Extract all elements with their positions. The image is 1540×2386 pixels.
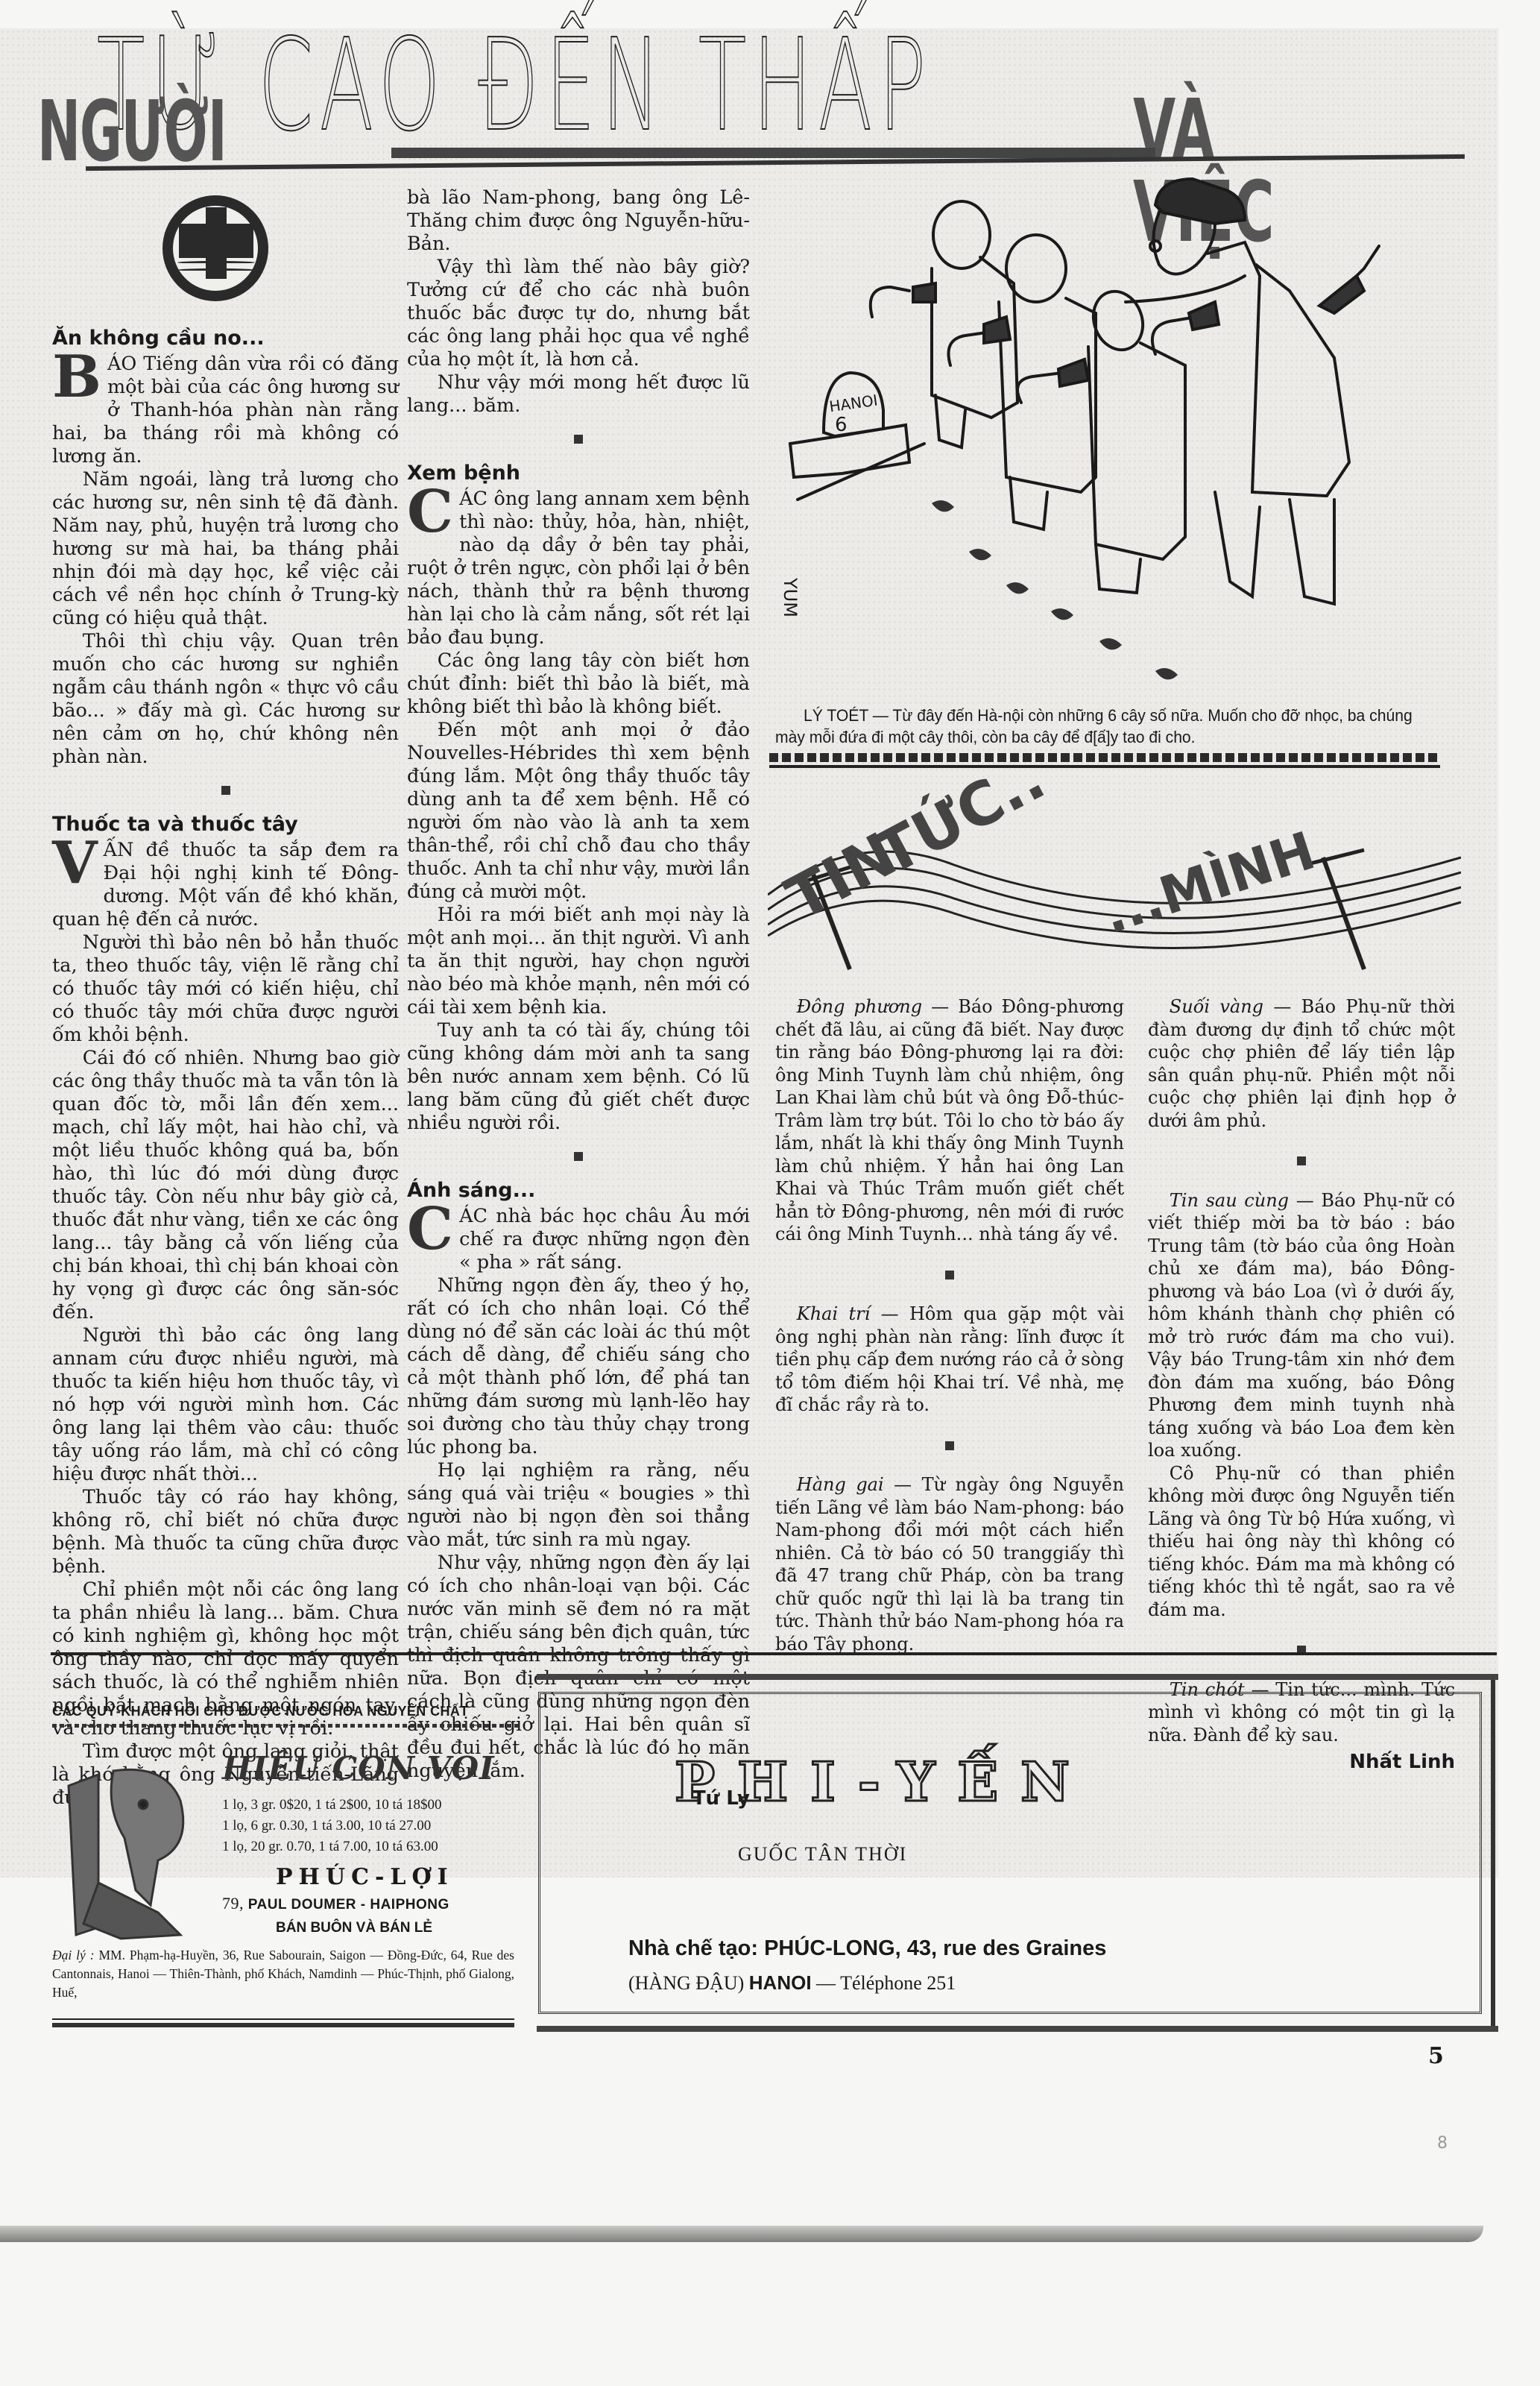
price-row: 1 lọ, 3 gr. 0$20, 1 tá 2$00, 10 tá 18$00 (222, 1795, 441, 1816)
footer-divider (51, 1652, 1497, 1655)
paragraph: Tuy anh ta có tài ấy, chúng tôi cũng khô… (407, 1019, 750, 1135)
page-bottom-edge (0, 2226, 1483, 2242)
section-heading: Ăn không cầu no... (52, 327, 399, 350)
news-item-title: Hàng gai (797, 1474, 884, 1495)
ad-frame: PHI-YẾN GUỐC TÂN THỜI Nhà chế tạo: PHÚC-… (538, 1692, 1482, 2014)
ad-headline: CÁC QUÝ-KHÁCH HỎI CHO ĐƯỢC NƯỚC HOA NGUY… (52, 1704, 518, 1719)
ad-frame-edge (1491, 1680, 1495, 2026)
section-heading: Xem bệnh (407, 462, 750, 485)
paragraph: Đến một anh mọi ở đảo Nouvelles-Hébrides… (407, 719, 750, 904)
news-column-right: Suối vàng — Báo Phụ-nữ thời đàm đương dự… (1148, 995, 1455, 1774)
section-separator (775, 1433, 1124, 1456)
paragraph: Họ lại nghiệm ra rằng, nếu sáng quá vài … (407, 1459, 750, 1552)
news-item-title: Suối vàng (1170, 996, 1263, 1017)
news-item: Tin sau cùng — Báo Phụ-nữ có viết thiếp … (1148, 1189, 1455, 1462)
paragraph: Như vậy mới mong hết được lũ lang... băm… (407, 371, 750, 418)
news-item-title: Tin sau cùng (1170, 1190, 1289, 1211)
section-heading: Ánh sáng... (407, 1179, 750, 1202)
dashed-divider (769, 753, 1440, 762)
ad-address-line: (HÀNG ĐẬU) HANOI — Téléphone 251 (628, 1971, 956, 1995)
paragraph: Vậy thì làm thế nào bây giờ? Tưởng cứ để… (407, 256, 750, 371)
paragraph: bà lão Nam-phong, bang ông Lê-Thăng chim… (407, 186, 750, 256)
masthead: TỪ CAO ĐẾN THẤP NGƯỜI VÀ VIỆC (15, 30, 1498, 171)
paragraph: Thôi thì chịu vậy. Quan trên muốn cho cá… (52, 630, 399, 769)
paragraph: Người thì bảo các ông lang annam cứu đượ… (52, 1324, 399, 1486)
cross-in-circle-icon (162, 195, 268, 301)
price-row: 1 lọ, 20 gr. 0.70, 1 tá 7.00, 10 tá 63.0… (222, 1836, 441, 1857)
paragraph: CÁC nhà bác học châu Âu mới chế ra được … (407, 1205, 750, 1274)
caption-speaker: LÝ TOÉT (804, 706, 868, 725)
section-separator (52, 778, 399, 801)
svg-text:6: 6 (835, 414, 848, 436)
milestone-icon: HANOI 6 (790, 373, 909, 477)
news-item: Hàng gai — Từ ngày ông Nguyễn tiến Lãng … (775, 1473, 1124, 1655)
solid-divider (769, 765, 1440, 768)
tin-tuc-header: TIN TỨC.. ...MÌNH (768, 775, 1461, 992)
masthead-title-left: NGƯỜI (37, 91, 226, 173)
section-heading: Thuốc ta và thuốc tây (52, 813, 399, 836)
section-separator (407, 1144, 750, 1167)
paragraph: Những ngọn đèn ấy, theo ý họ, rất có ích… (407, 1274, 750, 1459)
paragraph: Thuốc tây có ráo hay không, không rõ, ch… (52, 1486, 399, 1578)
svg-text:HANOI: HANOI (828, 391, 879, 416)
cartoon-caption: LÝ TOÉT — Từ đây đến Hà-nội còn những 6 … (775, 705, 1427, 748)
middle-column: bà lão Nam-phong, bang ông Lê-Thăng chim… (407, 186, 750, 1810)
shoe-advertisement: PHI-YẾN GUỐC TÂN THỜI Nhà chế tạo: PHÚC-… (537, 1674, 1498, 2032)
dropcap: V (52, 840, 98, 887)
artist-signature: YUM (780, 577, 801, 617)
paragraph: Người thì bảo nên bỏ hẳn thuốc ta, theo … (52, 931, 399, 1047)
paragraph: Các ông lang tây còn biết hơn chút đỉnh:… (407, 649, 750, 719)
ad-company: PHÚC-LỢI (276, 1864, 454, 1890)
ad-bottom-rule (52, 2018, 514, 2027)
perfume-advertisement: CÁC QUÝ-KHÁCH HỎI CHO ĐƯỢC NƯỚC HOA NGUY… (52, 1704, 518, 2032)
news-item-title: Đông phương (797, 996, 922, 1017)
dropcap: C (407, 1206, 453, 1253)
ad-subtitle: GUỐC TÂN THỜI (738, 1843, 907, 1866)
paragraph: CÁC ông lang annam xem bệnh thì nào: thủ… (407, 488, 750, 649)
elephant-icon (54, 1763, 195, 1942)
news-item-title: Khai trí (797, 1303, 871, 1324)
price-row: 1 lọ, 6 gr. 0.30, 1 tá 3.00, 10 tá 27.00 (222, 1816, 441, 1836)
news-column-left: Đông phương — Báo Đông-phương chết đã lâ… (775, 995, 1124, 1655)
ad-brand: HIÊU CON VOI (222, 1750, 495, 1787)
price-list: 1 lọ, 3 gr. 0$20, 1 tá 2$00, 10 tá 18$00… (222, 1795, 441, 1857)
ad-maker-line: Nhà chế tạo: PHÚC-LONG, 43, rue des Grai… (628, 1936, 1106, 1961)
ad-agents: Đại lý : MM. Phạm-hạ-Huyền, 36, Rue Sabo… (52, 1946, 514, 2002)
left-column: Ăn không cầu no... BÁO Tiếng dân vừa rồi… (52, 321, 399, 1810)
ad-brand: PHI-YẾN (675, 1750, 1092, 1813)
ad-dashed-rule (52, 1724, 518, 1728)
paragraph: Cái đó cố nhiên. Nhưng bao giờ các ông t… (52, 1047, 399, 1324)
ad-address: 79, PAUL DOUMER - HAIPHONG (222, 1894, 449, 1913)
section-separator (1148, 1637, 1455, 1661)
masthead-underline (391, 148, 1155, 158)
news-item: Khai trí — Hôm qua gặp một vài ông nghị … (775, 1303, 1124, 1417)
section-separator (775, 1262, 1124, 1285)
news-item: Đông phương — Báo Đông-phương chết đã lâ… (775, 995, 1124, 1246)
dropcap: C (407, 489, 453, 535)
news-item: Suối vàng — Báo Phụ-nữ thời đàm đương dự… (1148, 995, 1455, 1132)
page-number: 5 (1428, 2043, 1444, 2069)
caption-text: — Từ đây đến Hà-nội còn những 6 cây số n… (775, 706, 1413, 746)
paragraph: Hỏi ra mới biết anh mọi này là một anh m… (407, 904, 750, 1019)
ad-sale-note: BÁN BUÔN VÀ BÁN LẺ (276, 1920, 432, 1936)
news-item: Cô Phụ-nữ có than phiền không mời được ô… (1148, 1462, 1455, 1622)
paragraph: BÁO Tiếng dân vừa rồi có đăng một bài củ… (52, 353, 399, 468)
paragraph: Năm ngoái, làng trả lương cho các hương … (52, 468, 399, 630)
page-mark: 8 (1437, 2134, 1448, 2153)
dropcap: B (52, 354, 101, 400)
cartoon-illustration: HANOI 6 YUM (768, 164, 1498, 701)
paragraph: VẤN đề thuốc ta sắp đem ra Đại hội nghị … (52, 839, 399, 931)
section-separator (407, 426, 750, 450)
section-separator (1148, 1148, 1455, 1171)
